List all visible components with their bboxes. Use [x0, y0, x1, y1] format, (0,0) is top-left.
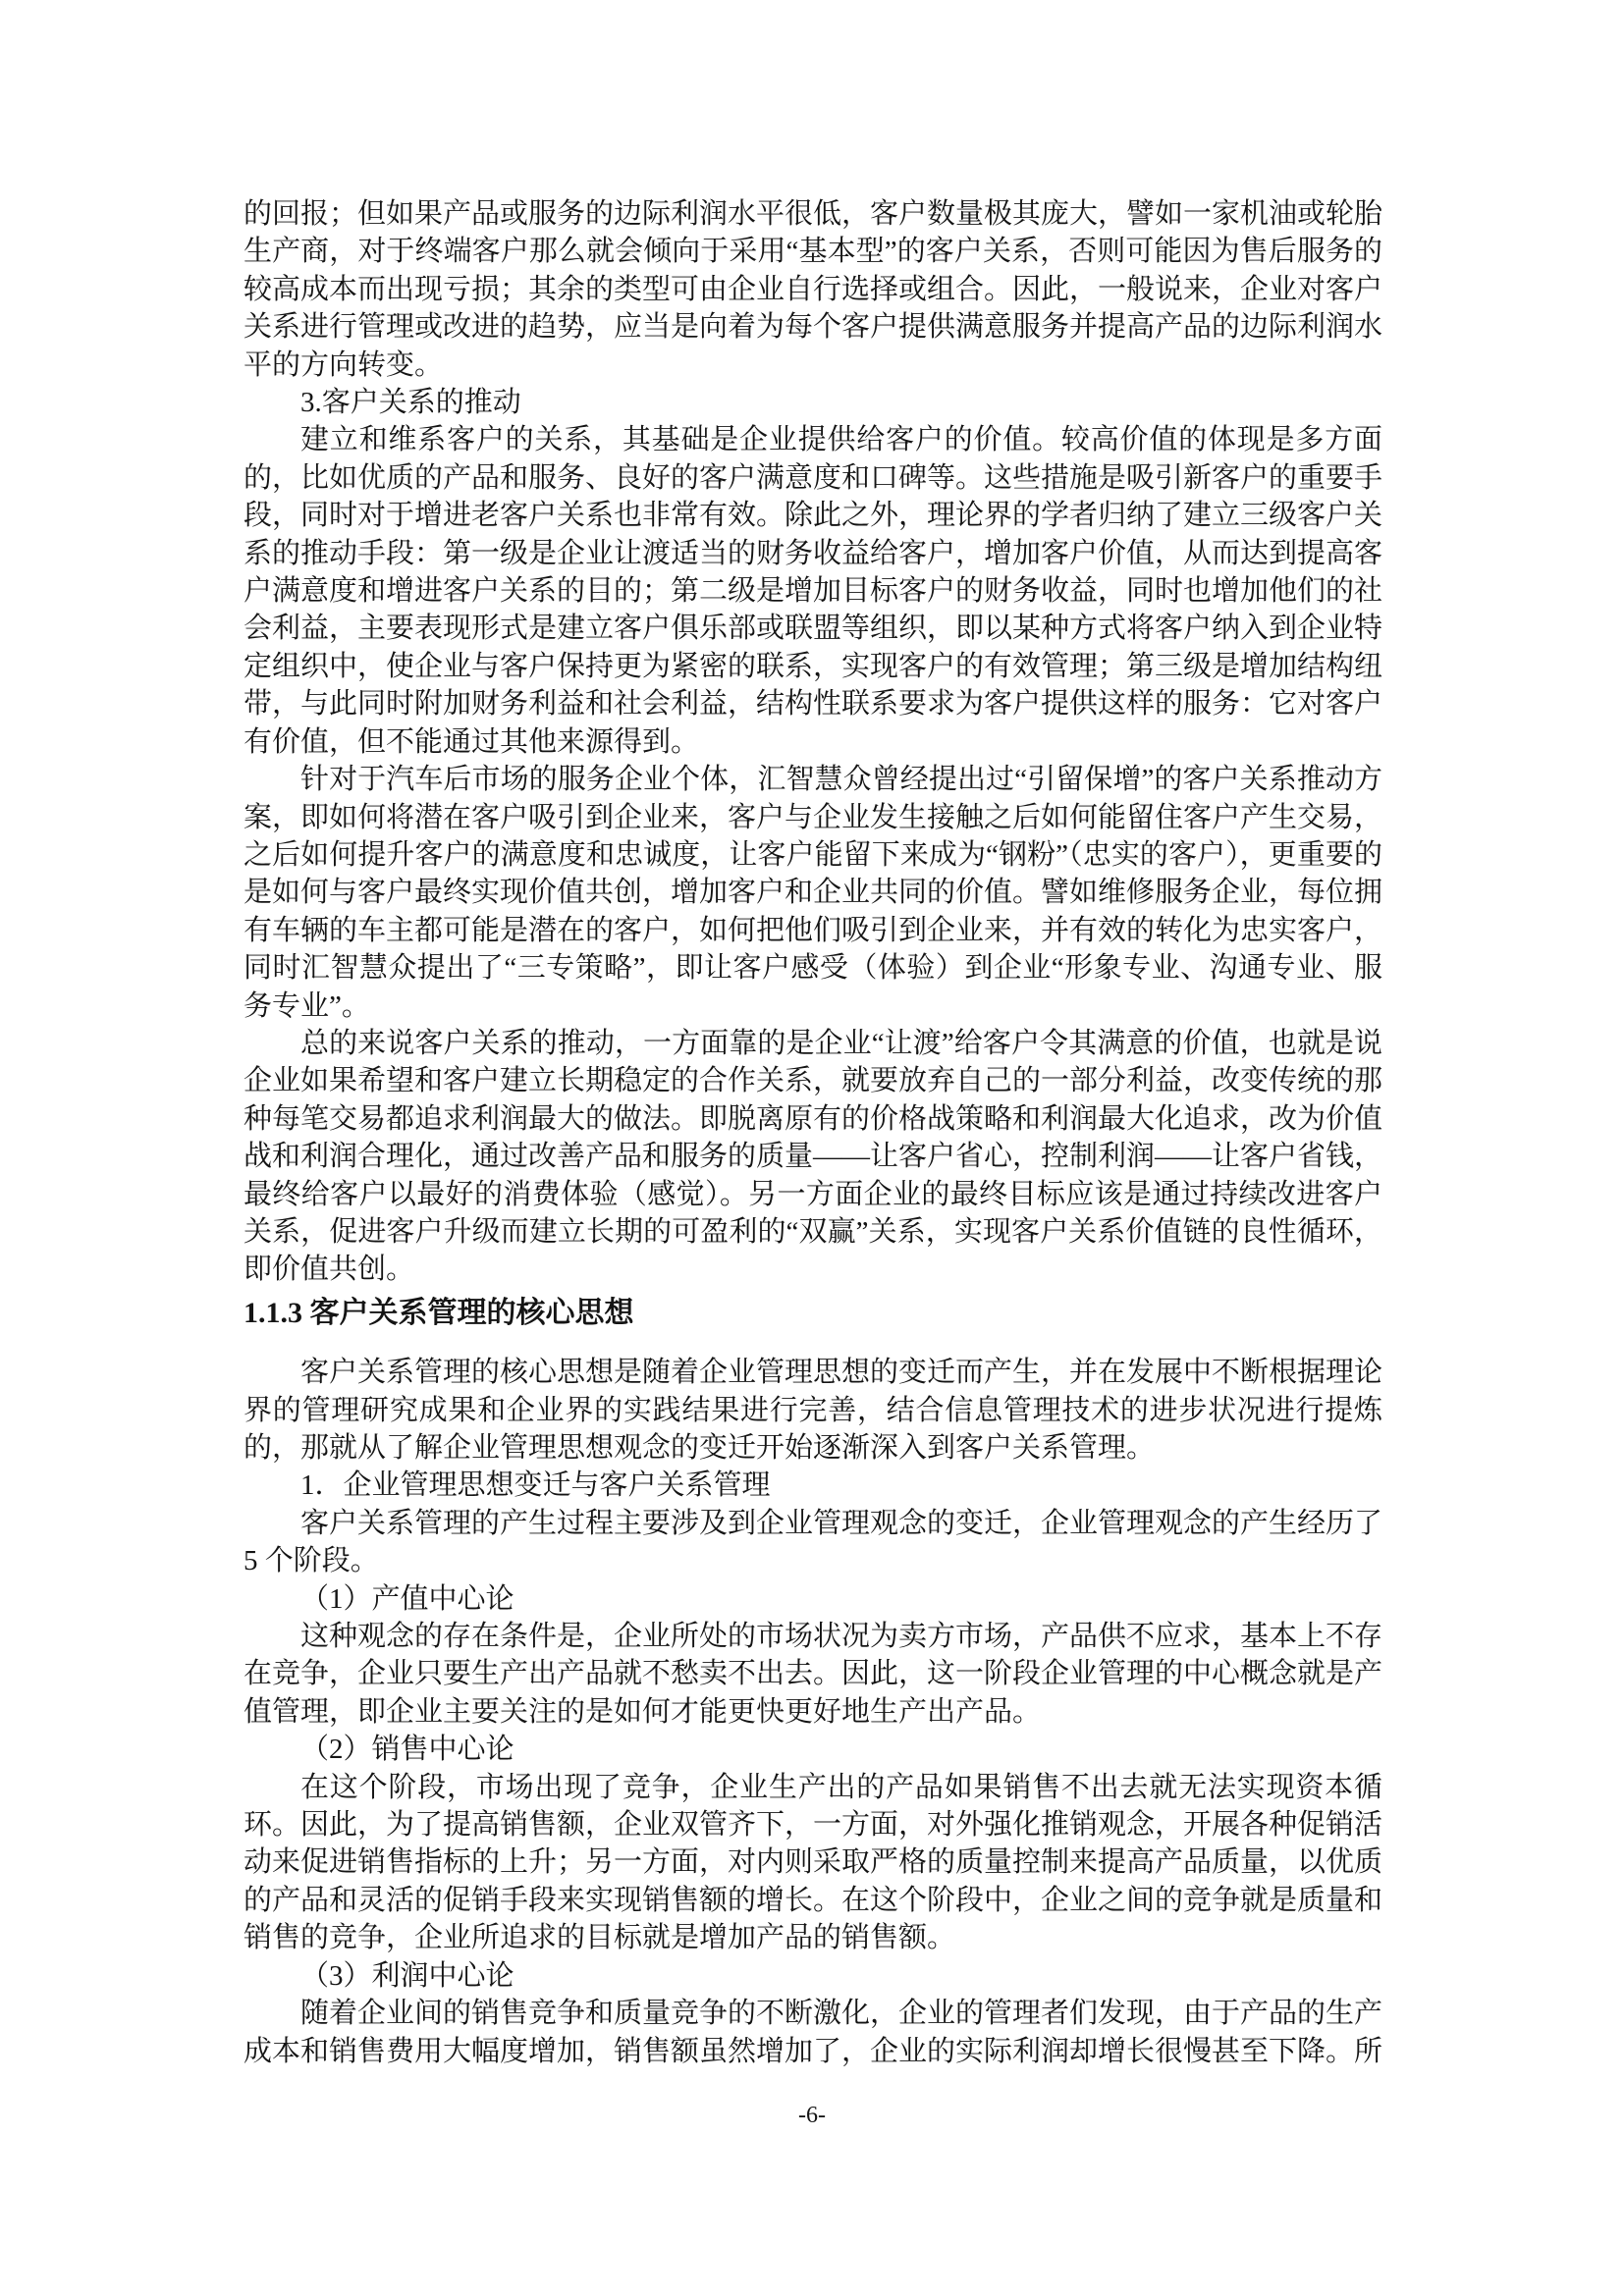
paragraph: 客户关系管理的核心思想是随着企业管理思想的变迁而产生，并在发展中不断根据理论界的… [244, 1354, 1382, 1467]
paragraph-continuation: 的回报；但如果产品或服务的边际利润水平很低，客户数量极其庞大，譬如一家机油或轮胎… [244, 195, 1382, 384]
list-item-heading: 3.客户关系的推动 [244, 384, 1382, 421]
list-item-heading: （3）利润中心论 [244, 1957, 1382, 1995]
paragraph: 针对于汽车后市场的服务企业个体，汇智慧众曾经提出过“引留保增”的客户关系推动方案… [244, 761, 1382, 1025]
paragraph: 总的来说客户关系的推动，一方面靠的是企业“让渡”给客户令其满意的价值，也就是说企… [244, 1025, 1382, 1289]
document-page: 的回报；但如果产品或服务的边际利润水平很低，客户数量极其庞大，譬如一家机油或轮胎… [0, 0, 1624, 2296]
list-item-heading: （1）产值中心论 [244, 1580, 1382, 1618]
list-item-heading: 1．企业管理思想变迁与客户关系管理 [244, 1467, 1382, 1504]
page-footer: -6- [0, 2101, 1624, 2130]
paragraph: 建立和维系客户的关系，其基础是企业提供给客户的价值。较高价值的体现是多方面的，比… [244, 421, 1382, 761]
section-heading: 1.1.3 客户关系管理的核心思想 [244, 1295, 1382, 1332]
list-item-heading: （2）销售中心论 [244, 1731, 1382, 1768]
paragraph: 随着企业间的销售竞争和质量竞争的不断激化，企业的管理者们发现，由于产品的生产成本… [244, 1995, 1382, 2070]
paragraph: 客户关系管理的产生过程主要涉及到企业管理观念的变迁，企业管理观念的产生经历了5 … [244, 1505, 1382, 1580]
paragraph: 在这个阶段，市场出现了竞争，企业生产出的产品如果销售不出去就无法实现资本循环。因… [244, 1769, 1382, 1957]
paragraph: 这种观念的存在条件是，企业所处的市场状况为卖方市场，产品供不应求，基本上不存在竞… [244, 1618, 1382, 1731]
page-body: 的回报；但如果产品或服务的边际利润水平很低，客户数量极其庞大，譬如一家机油或轮胎… [244, 195, 1382, 2070]
page-number: -6- [798, 2103, 826, 2128]
